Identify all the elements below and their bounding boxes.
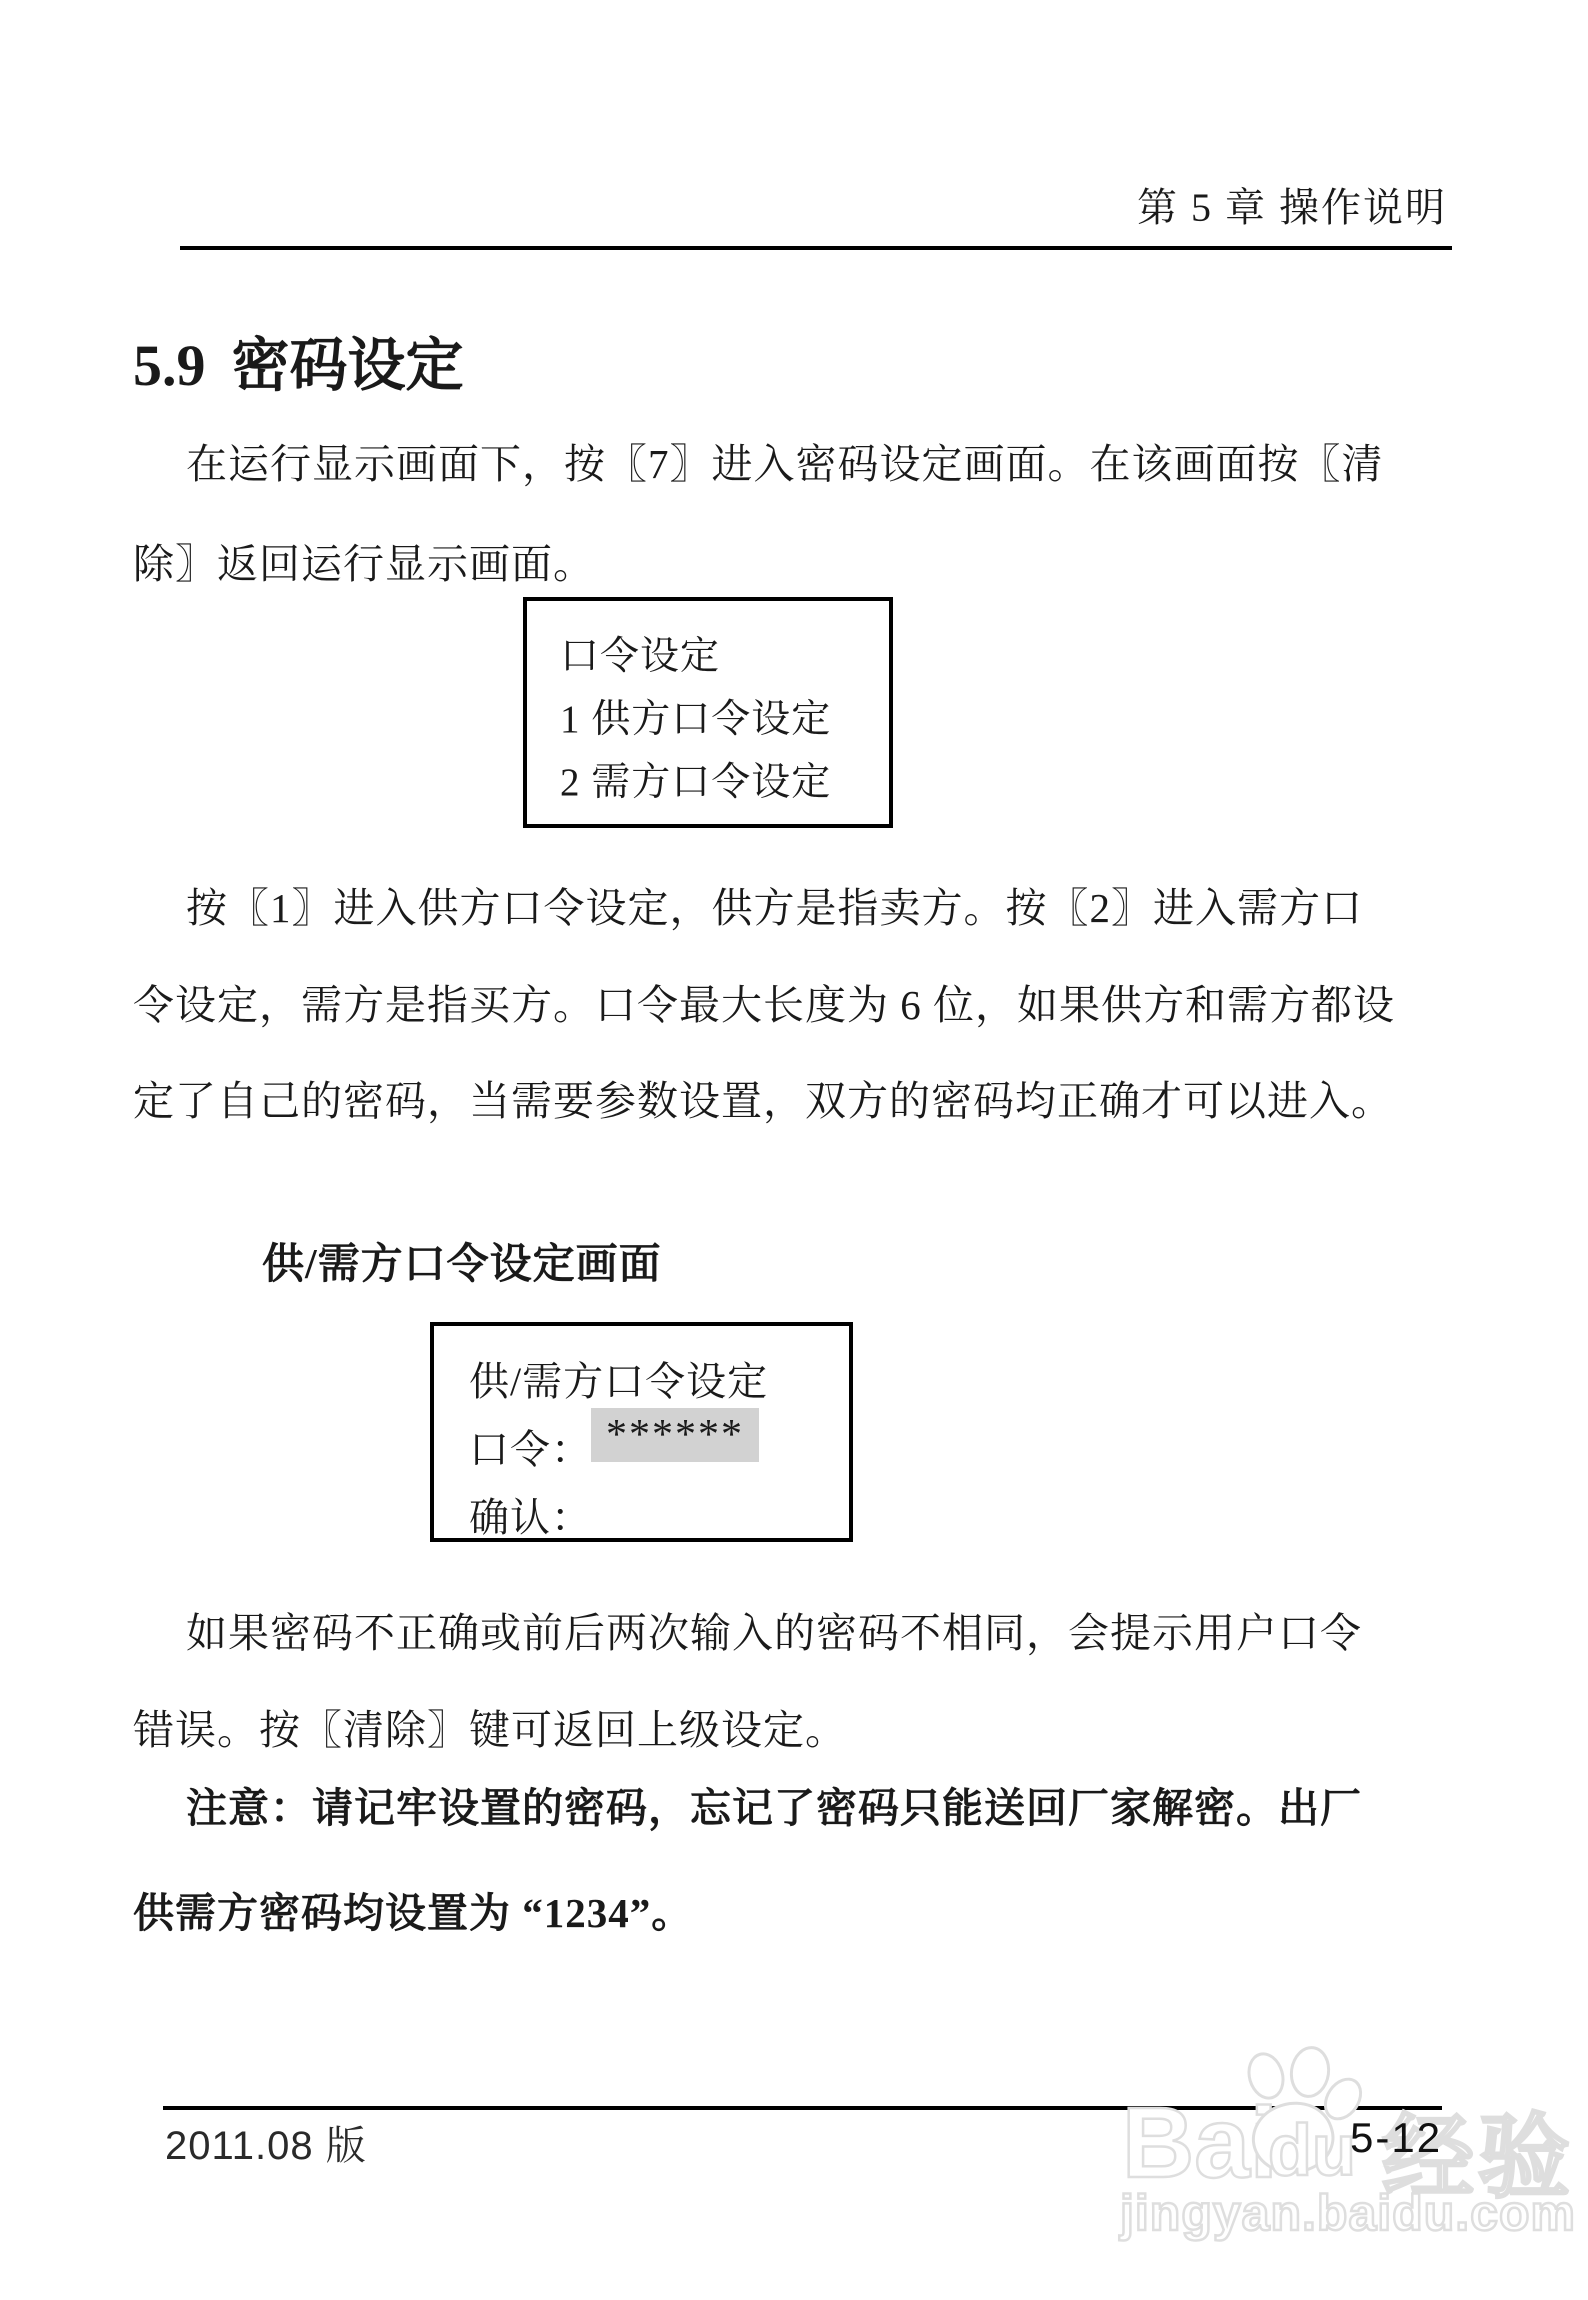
screen-password-entry: 供/需方口令设定 口令： ****** 确认： (430, 1322, 853, 1542)
note-line-1: 注意：请记牢设置的密码，忘记了密码只能送回厂家解密。出厂 (186, 1784, 1362, 1833)
section-title-text: 密码设定 (232, 333, 464, 398)
section-title: 5.9密码设定 (133, 318, 464, 402)
page-number: 5-12 (1350, 2114, 1442, 2162)
paragraph-intro-line-2: 除〗返回运行显示画面。 (133, 540, 595, 589)
footer-rule (163, 2106, 1442, 2110)
password-field: ****** (591, 1408, 759, 1462)
paragraph-keys-line-2: 令设定，需方是指买方。口令最大长度为 6 位，如果供方和需方都设 (133, 981, 1395, 1030)
paragraph-intro-line-1: 在运行显示画面下，按〖7〗进入密码设定画面。在该画面按〖清 (186, 440, 1384, 489)
watermark-bai-text: Bai (1122, 2086, 1278, 2201)
watermark-url-text: jingyan.baidu.com (1120, 2184, 1576, 2242)
screen-password-title: 供/需方口令设定 (469, 1350, 768, 1407)
section-number: 5.9 (133, 333, 206, 398)
paragraph-error-line-2: 错误。按〖清除〗键可返回上级设定。 (133, 1706, 847, 1755)
screen-menu-option-2: 2 需方口令设定 (560, 751, 889, 814)
footer-version: 2011.08 版 (165, 2114, 367, 2171)
paragraph-error-line-1: 如果密码不正确或前后两次输入的密码不相同，会提示用户口令 (186, 1609, 1362, 1658)
watermark-du-text: du (1268, 2110, 1356, 2192)
page-header-chapter: 第 5 章 操作说明 (1137, 176, 1447, 233)
password-label: 口令： (469, 1418, 592, 1475)
screen-menu-title: 口令设定 (560, 625, 889, 688)
note-line-2: 供需方密码均设置为 “1234”。 (133, 1889, 693, 1938)
baidu-paw-icon (1238, 2050, 1358, 2190)
paragraph-keys-line-1: 按〖1〗进入供方口令设定，供方是指卖方。按〖2〗进入需方口 (186, 884, 1363, 933)
paragraph-keys-line-3: 定了自己的密码，当需要参数设置，双方的密码均正确才可以进入。 (133, 1077, 1393, 1126)
subheading-password-screen: 供/需方口令设定画面 (262, 1231, 662, 1291)
screen-menu-option-1: 1 供方口令设定 (560, 688, 889, 751)
manual-page: 第 5 章 操作说明 5.9密码设定 在运行显示画面下，按〖7〗进入密码设定画面… (0, 0, 1588, 2300)
confirm-label: 确认： (469, 1486, 592, 1543)
baidu-jingyan-watermark: Bai du 经验 jingyan.baidu.com (1100, 2048, 1570, 2258)
header-rule (180, 246, 1452, 250)
screen-password-menu: 口令设定 1 供方口令设定 2 需方口令设定 (523, 597, 893, 828)
